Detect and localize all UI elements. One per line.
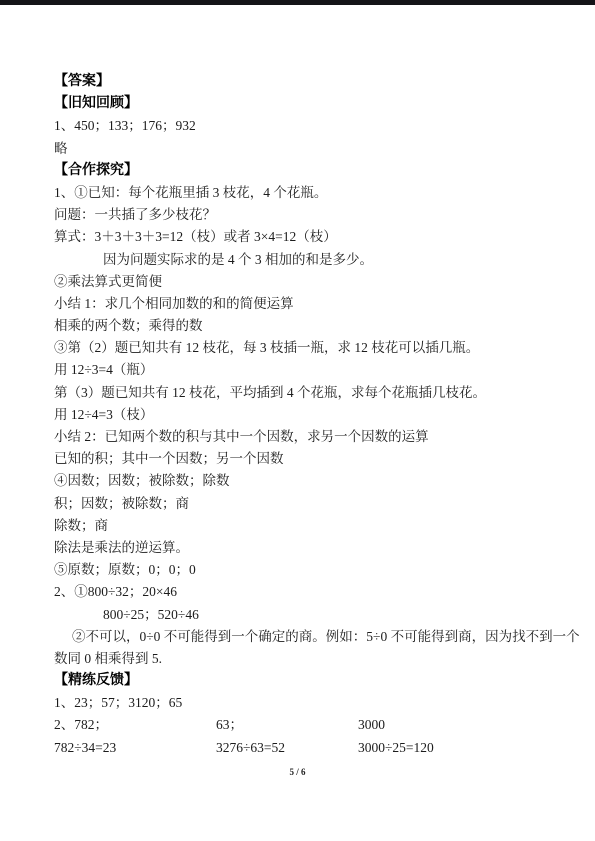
text-line: 用 12÷4=3（枝） [54, 404, 546, 426]
text-line: ⑤原数；原数；0；0；0 [54, 559, 546, 581]
section-header-cooperative: 【合作探究】 [54, 160, 546, 182]
section-header-answers: 【答案】 [54, 71, 546, 93]
text-line-indented: 800÷25；520÷46 [54, 604, 546, 626]
text-line: 用 12÷3=4（瓶） [54, 359, 546, 381]
text-line: 相乘的两个数；乘得的数 [54, 315, 546, 337]
answer-cell: 3000 [358, 714, 385, 736]
text-line: 积；因数；被除数；商 [54, 493, 546, 515]
text-line: 1、①已知：每个花瓶里插 3 枝花，4 个花瓶。 [54, 182, 546, 204]
text-line: 已知的积；其中一个因数；另一个因数 [54, 448, 546, 470]
page-number: 5 / 6 [0, 765, 595, 779]
text-line: 小结 2：已知两个数的积与其中一个因数，求另一个因数的运算 [54, 426, 546, 448]
text-line: 除法是乘法的逆运算。 [54, 537, 546, 559]
answer-cell: 782÷34=23 [54, 737, 116, 759]
text-line: 1、450；133；176；932 [54, 115, 546, 137]
top-border-band [0, 0, 595, 5]
text-line: 问题：一共插了多少枝花？ [54, 204, 546, 226]
section-header-old-knowledge: 【旧知回顾】 [54, 93, 546, 115]
text-line: ②乘法算式更简便 [54, 271, 546, 293]
document-page: 【答案】 【旧知回顾】 1、450；133；176；932 略 【合作探究】 1… [0, 0, 595, 841]
section-header-feedback: 【精练反馈】 [54, 670, 546, 692]
answer-cell: 2、782； [54, 714, 108, 736]
text-line: 除数；商 [54, 515, 546, 537]
answer-cell: 63； [216, 714, 243, 736]
answer-columns-row: 782÷34=23 3276÷63=52 3000÷25=120 [54, 737, 546, 759]
text-line: 1、23；57；3120；65 [54, 692, 546, 714]
text-line-indented: 因为问题实际求的是 4 个 3 相加的和是多少。 [54, 249, 546, 271]
text-line: 算式：3＋3＋3＋3=12（枝）或者 3×4=12（枝） [54, 226, 546, 248]
text-line-paragraph-start: ②不可以，0÷0 不可能得到一个确定的商。例如：5÷0 不可能得到商，因为找不到… [54, 626, 546, 648]
text-line: ④因数；因数；被除数；除数 [54, 470, 546, 492]
text-line: 小结 1：求几个相同加数的和的简便运算 [54, 293, 546, 315]
text-line: 略 [54, 138, 546, 160]
answer-cell: 3276÷63=52 [216, 737, 285, 759]
document-body: 【答案】 【旧知回顾】 1、450；133；176；932 略 【合作探究】 1… [54, 71, 546, 759]
text-line: ③第（2）题已知共有 12 枝花，每 3 枝插一瓶，求 12 枝花可以插几瓶。 [54, 337, 546, 359]
text-line: 数同 0 相乘得到 5. [54, 648, 546, 670]
answer-columns-row: 2、782； 63； 3000 [54, 714, 546, 736]
text-line: 2、①800÷32；20×46 [54, 581, 546, 603]
text-line: 第（3）题已知共有 12 枝花，平均插到 4 个花瓶，求每个花瓶插几枝花。 [54, 382, 546, 404]
answer-cell: 3000÷25=120 [358, 737, 434, 759]
